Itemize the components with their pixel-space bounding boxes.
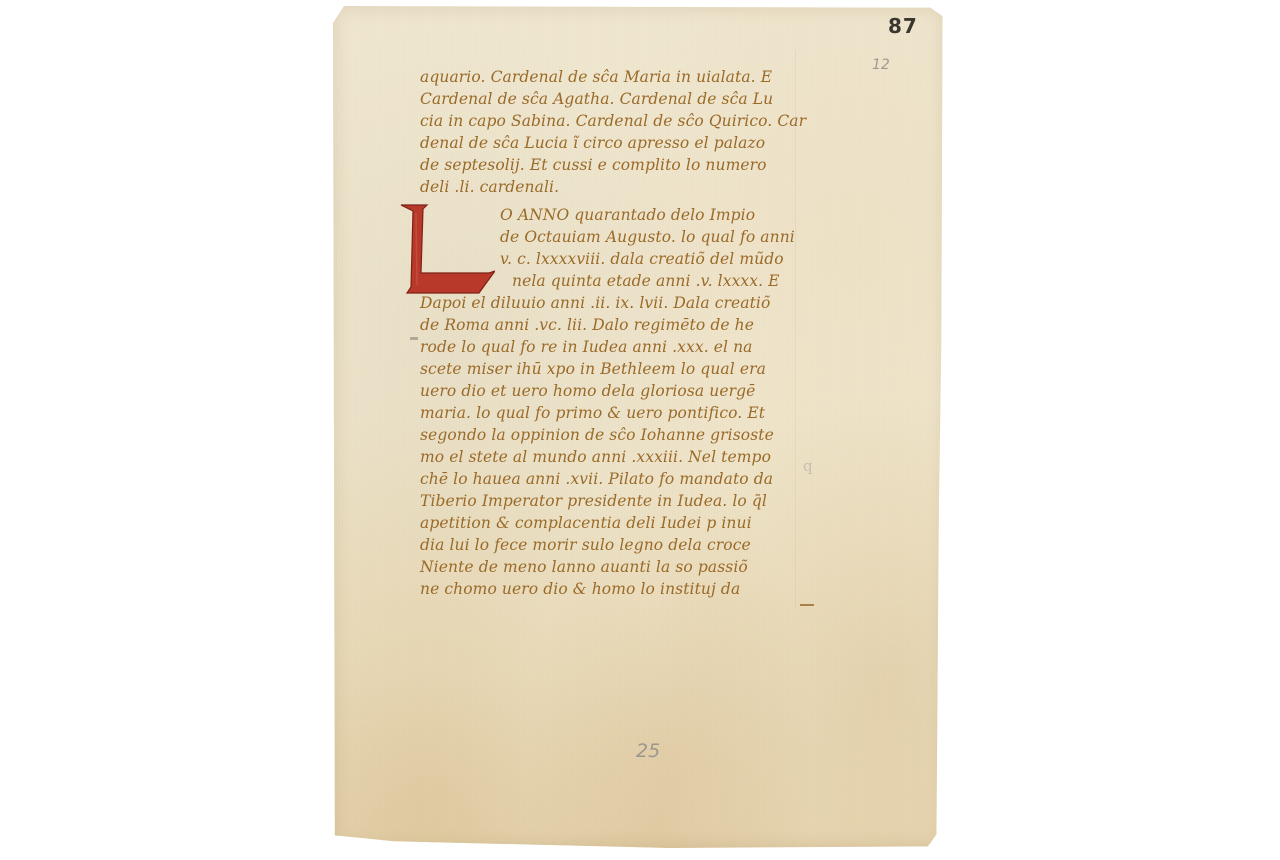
text-line: mo el stete al mundo anni .xxxiii. Nel t… [420, 446, 771, 468]
text-line: aquario. Cardenal de sĉa Maria in uialat… [420, 66, 772, 88]
folio-number-ink: 87 [888, 14, 918, 38]
rubricated-drop-cap-l [399, 203, 495, 295]
text-line: Tiberio Imperator presidente in Iudea. l… [420, 490, 767, 512]
text-line: uero dio et uero homo dela gloriosa uerg… [420, 380, 755, 402]
manuscript-viewer: 87 12 aquario. Cardenal de sĉa Maria in … [0, 0, 1280, 860]
text-line: Dapoi el diluuio anni .ii. ix. lvii. Dal… [420, 292, 770, 314]
text-line: denal de sĉa Lucia ĩ circo apresso el pa… [420, 132, 765, 154]
text-line: de Octauiam Augusto. lo qual fo anni [500, 226, 795, 248]
text-line: maria. lo qual fo primo & uero pontifico… [420, 402, 765, 424]
text-line: Niente de meno lanno auanti la so passiõ [420, 556, 748, 578]
text-line: de septesolij. Et cussi e complito lo nu… [420, 154, 767, 176]
text-line: cia in capo Sabina. Cardenal de sĉo Quir… [420, 110, 806, 132]
text-line: dia lui lo fece morir sulo legno dela cr… [420, 534, 751, 556]
text-line-incipit: O ANNO quarantado delo Impio [500, 204, 755, 226]
line-filler-stroke [800, 604, 814, 606]
text-line: v. c. lxxxxviii. dala creatiõ del mũdo [500, 248, 784, 270]
text-line: de Roma anni .vc. lii. Dalo regimēto de … [420, 314, 754, 336]
folio-number-pencil: 12 [872, 57, 890, 73]
text-line: deli .li. cardenali. [420, 176, 559, 198]
show-through-mark: q [803, 457, 813, 475]
text-line: scete miser ihū xpo in Bethleem lo qual … [420, 358, 766, 380]
margin-mark [410, 337, 418, 340]
folio-number-bottom: 25 [636, 740, 660, 762]
text-line: ne chomo uero dio & homo lo instituj da [420, 578, 740, 600]
text-line: chē lo hauea anni .xvii. Pilato fo manda… [420, 468, 773, 490]
text-line: nela quinta etade anni .v. lxxxx. E [512, 270, 780, 292]
text-line: Cardenal de sĉa Agatha. Cardenal de sĉa … [420, 88, 773, 110]
text-line: segondo la oppinion de sĉo Iohanne griso… [420, 424, 774, 446]
ruling-line [795, 50, 796, 610]
text-line: apetition & complacentia deli Iudei p in… [420, 512, 752, 534]
text-line: rode lo qual fo re in Iudea anni .xxx. e… [420, 336, 753, 358]
drop-cap-l-icon [399, 203, 495, 295]
